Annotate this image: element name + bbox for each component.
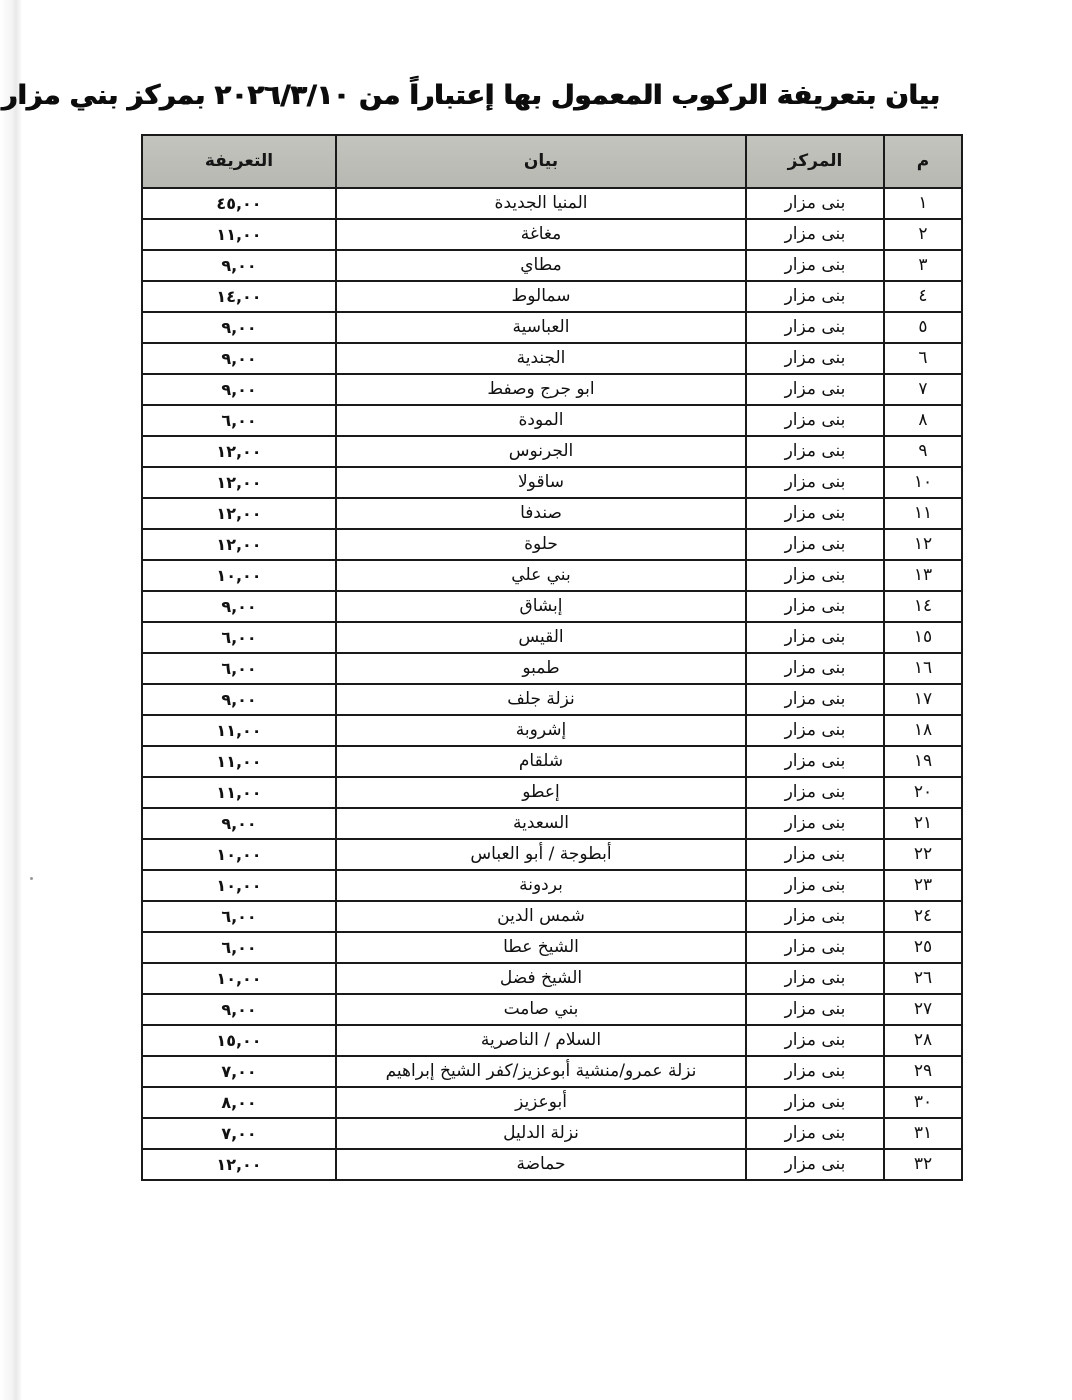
row-number: ٢٢ [884,839,962,870]
row-center: بنى مزار [746,374,884,405]
row-center: بنى مزار [746,281,884,312]
header-description: بيان [336,135,746,188]
row-description: إشروبة [336,715,746,746]
row-description: إبشاق [336,591,746,622]
row-number: ٢٤ [884,901,962,932]
row-fare: ٧,٠٠ [142,1056,336,1087]
row-fare: ٩,٠٠ [142,684,336,715]
table-row: ٣٢بنى مزارحماضة١٢,٠٠ [142,1149,962,1180]
row-description: إعطو [336,777,746,808]
table-row: ٥بنى مزارالعباسية٩,٠٠ [142,312,962,343]
row-description: نزلة عمرو/منشية أبوعزيز/كفر الشيخ إبراهي… [336,1056,746,1087]
row-center: بنى مزار [746,1118,884,1149]
row-center: بنى مزار [746,963,884,994]
row-fare: ٩,٠٠ [142,994,336,1025]
row-number: ٢ [884,219,962,250]
row-number: ٢٦ [884,963,962,994]
table-row: ٩بنى مزارالجرنوس١٢,٠٠ [142,436,962,467]
row-number: ٧ [884,374,962,405]
row-description: نزلة جلف [336,684,746,715]
row-fare: ٦,٠٠ [142,405,336,436]
row-fare: ٦,٠٠ [142,901,336,932]
row-number: ١٦ [884,653,962,684]
row-center: بنى مزار [746,715,884,746]
row-fare: ٦,٠٠ [142,622,336,653]
row-number: ٩ [884,436,962,467]
row-number: ٤ [884,281,962,312]
row-fare: ١٢,٠٠ [142,467,336,498]
scan-speck [30,877,33,880]
row-number: ١٢ [884,529,962,560]
row-description: المودة [336,405,746,436]
row-number: ٢٣ [884,870,962,901]
row-number: ٢٥ [884,932,962,963]
row-center: بنى مزار [746,870,884,901]
table-row: ٢٦بنى مزارالشيخ فضل١٠,٠٠ [142,963,962,994]
row-fare: ٨,٠٠ [142,1087,336,1118]
row-description: أبطوجة / أبو العباس [336,839,746,870]
row-number: ١١ [884,498,962,529]
row-fare: ٩,٠٠ [142,250,336,281]
table-row: ٣بنى مزارمطاي٩,٠٠ [142,250,962,281]
row-fare: ٧,٠٠ [142,1118,336,1149]
row-number: ٢١ [884,808,962,839]
row-number: ١٥ [884,622,962,653]
row-number: ٨ [884,405,962,436]
table-row: ٧بنى مزارابو جرج وصفط٩,٠٠ [142,374,962,405]
table-row: ١٥بنى مزارالقيس٦,٠٠ [142,622,962,653]
row-fare: ٦,٠٠ [142,932,336,963]
table-row: ٢٩بنى مزارنزلة عمرو/منشية أبوعزيز/كفر ال… [142,1056,962,1087]
table-row: ٢٨بنى مزارالسلام / الناصرية١٥,٠٠ [142,1025,962,1056]
table-row: ١٤بنى مزارإبشاق٩,٠٠ [142,591,962,622]
row-number: ١٧ [884,684,962,715]
row-number: ٢٧ [884,994,962,1025]
row-center: بنى مزار [746,777,884,808]
row-fare: ٩,٠٠ [142,808,336,839]
table-row: ١٧بنى مزارنزلة جلف٩,٠٠ [142,684,962,715]
table-row: ٦بنى مزارالجندية٩,٠٠ [142,343,962,374]
row-center: بنى مزار [746,1149,884,1180]
row-description: حماضة [336,1149,746,1180]
row-center: بنى مزار [746,622,884,653]
document-title: بيان بتعريفة الركوب المعمول بها إعتباراً… [160,80,940,111]
row-description: نزلة الدليل [336,1118,746,1149]
row-fare: ١٤,٠٠ [142,281,336,312]
row-center: بنى مزار [746,1056,884,1087]
row-description: القيس [336,622,746,653]
row-number: ٣٠ [884,1087,962,1118]
row-center: بنى مزار [746,529,884,560]
row-description: بردونة [336,870,746,901]
row-center: بنى مزار [746,467,884,498]
row-number: ١٤ [884,591,962,622]
row-center: بنى مزار [746,188,884,219]
row-center: بنى مزار [746,901,884,932]
row-description: الشيخ فضل [336,963,746,994]
table-row: ١٢بنى مزارحلوة١٢,٠٠ [142,529,962,560]
table-header-row: م المركز بيان التعريفة [142,135,962,188]
row-fare: ٦,٠٠ [142,653,336,684]
row-number: ٥ [884,312,962,343]
table-row: ٢٥بنى مزارالشيخ عطا٦,٠٠ [142,932,962,963]
table-row: ١٩بنى مزارشلقام١١,٠٠ [142,746,962,777]
row-center: بنى مزار [746,219,884,250]
table-row: ٤بنى مزارسمالوط١٤,٠٠ [142,281,962,312]
row-fare: ١٢,٠٠ [142,436,336,467]
row-fare: ١١,٠٠ [142,777,336,808]
row-center: بنى مزار [746,653,884,684]
row-description: أبوعزيز [336,1087,746,1118]
table-row: ٢بنى مزارمغاغة١١,٠٠ [142,219,962,250]
table-row: ٢٢بنى مزارأبطوجة / أبو العباس١٠,٠٠ [142,839,962,870]
row-number: ٦ [884,343,962,374]
header-fare: التعريفة [142,135,336,188]
row-number: ١٨ [884,715,962,746]
row-number: ١٩ [884,746,962,777]
row-number: ١٠ [884,467,962,498]
row-center: بنى مزار [746,746,884,777]
row-center: بنى مزار [746,405,884,436]
table-row: ١٠بنى مزارساقولا١٢,٠٠ [142,467,962,498]
row-fare: ٩,٠٠ [142,374,336,405]
row-center: بنى مزار [746,932,884,963]
table-row: ٢٤بنى مزارشمس الدين٦,٠٠ [142,901,962,932]
table-row: ٢٧بنى مزاربني صامت٩,٠٠ [142,994,962,1025]
row-description: بني علي [336,560,746,591]
table-row: ٢٠بنى مزارإعطو١١,٠٠ [142,777,962,808]
row-center: بنى مزار [746,343,884,374]
row-center: بنى مزار [746,1025,884,1056]
fare-table: م المركز بيان التعريفة ١بنى مزارالمنيا ا… [141,134,963,1181]
row-number: ٢٠ [884,777,962,808]
row-fare: ١٥,٠٠ [142,1025,336,1056]
row-fare: ١١,٠٠ [142,219,336,250]
row-description: الشيخ عطا [336,932,746,963]
row-number: ١٣ [884,560,962,591]
row-center: بنى مزار [746,839,884,870]
row-center: بنى مزار [746,436,884,467]
row-fare: ٩,٠٠ [142,343,336,374]
table-row: ٢٣بنى مزاربردونة١٠,٠٠ [142,870,962,901]
row-number: ٣ [884,250,962,281]
row-number: ٣١ [884,1118,962,1149]
table-row: ٢١بنى مزارالسعدية٩,٠٠ [142,808,962,839]
header-center: المركز [746,135,884,188]
row-description: شلقام [336,746,746,777]
row-description: شمس الدين [336,901,746,932]
row-center: بنى مزار [746,560,884,591]
row-number: ١ [884,188,962,219]
table-row: ١١بنى مزارصندفا١٢,٠٠ [142,498,962,529]
row-center: بنى مزار [746,684,884,715]
row-fare: ٩,٠٠ [142,312,336,343]
row-center: بنى مزار [746,498,884,529]
row-description: الجرنوس [336,436,746,467]
row-description: ساقولا [336,467,746,498]
scan-page-edge [0,0,22,1400]
row-description: حلوة [336,529,746,560]
row-fare: ٩,٠٠ [142,591,336,622]
table-row: ١٣بنى مزاربني علي١٠,٠٠ [142,560,962,591]
row-description: السلام / الناصرية [336,1025,746,1056]
row-center: بنى مزار [746,250,884,281]
row-fare: ١٢,٠٠ [142,529,336,560]
row-center: بنى مزار [746,994,884,1025]
row-fare: ١٠,٠٠ [142,839,336,870]
row-description: صندفا [336,498,746,529]
header-num: م [884,135,962,188]
table-row: ٨بنى مزارالمودة٦,٠٠ [142,405,962,436]
table-row: ١٨بنى مزارإشروبة١١,٠٠ [142,715,962,746]
row-description: مغاغة [336,219,746,250]
table-row: ٣٠بنى مزارأبوعزيز٨,٠٠ [142,1087,962,1118]
row-description: مطاي [336,250,746,281]
row-center: بنى مزار [746,1087,884,1118]
row-number: ٢٨ [884,1025,962,1056]
row-fare: ١٠,٠٠ [142,560,336,591]
row-fare: ١١,٠٠ [142,746,336,777]
table-row: ١بنى مزارالمنيا الجديدة٤٥,٠٠ [142,188,962,219]
row-fare: ١٠,٠٠ [142,870,336,901]
row-center: بنى مزار [746,591,884,622]
row-fare: ١٢,٠٠ [142,498,336,529]
row-description: السعدية [336,808,746,839]
row-number: ٣٢ [884,1149,962,1180]
row-description: بني صامت [336,994,746,1025]
row-description: ابو جرج وصفط [336,374,746,405]
row-center: بنى مزار [746,312,884,343]
row-number: ٢٩ [884,1056,962,1087]
row-description: الجندية [336,343,746,374]
table-body: ١بنى مزارالمنيا الجديدة٤٥,٠٠٢بنى مزارمغا… [142,188,962,1180]
table-row: ٣١بنى مزارنزلة الدليل٧,٠٠ [142,1118,962,1149]
row-fare: ١٢,٠٠ [142,1149,336,1180]
row-description: العباسية [336,312,746,343]
row-center: بنى مزار [746,808,884,839]
row-description: سمالوط [336,281,746,312]
row-fare: ٤٥,٠٠ [142,188,336,219]
row-description: المنيا الجديدة [336,188,746,219]
row-description: طمبو [336,653,746,684]
row-fare: ١٠,٠٠ [142,963,336,994]
table-row: ١٦بنى مزارطمبو٦,٠٠ [142,653,962,684]
row-fare: ١١,٠٠ [142,715,336,746]
